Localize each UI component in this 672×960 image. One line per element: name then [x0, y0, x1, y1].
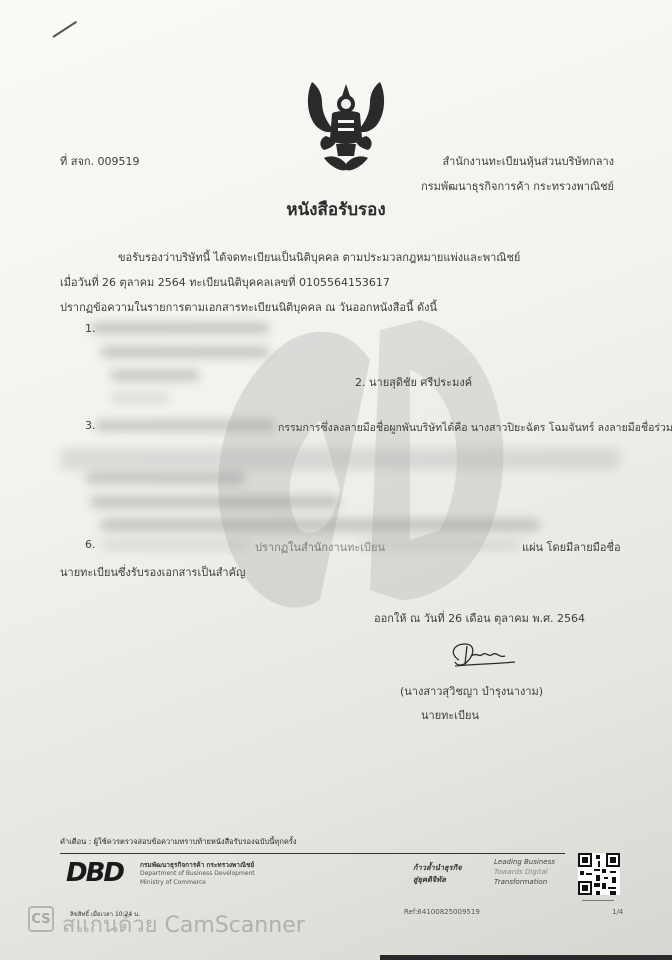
redacted-line [100, 540, 250, 550]
qr-code-icon[interactable] [578, 853, 620, 895]
ministry-en: Ministry of Commerce [140, 879, 206, 886]
department-name: กรมพัฒนาธุรกิจการค้า กระทรวงพาณิชย์ [421, 177, 614, 195]
qr-underline [582, 900, 614, 901]
pen-mark [52, 21, 77, 38]
redacted-line [100, 346, 270, 358]
item-3-marker: 3. [85, 419, 96, 432]
intro-line-2: เมื่อวันที่ 26 ตุลาคม 2564 ทะเบียนนิติบุ… [60, 273, 390, 291]
slogan-en-1: Leading Business [494, 858, 555, 866]
redacted-line [110, 393, 170, 403]
signatory-name: (นางสาวสุวิชญา บำรุงนางาม) [400, 682, 543, 700]
redacted-line [100, 519, 540, 531]
certificate-page: ที่ สจก. 009519 สำนักงานทะเบียนหุ้นส่วนบ… [0, 0, 672, 960]
redacted-block [60, 448, 620, 470]
page-indicator: 1/4 [612, 908, 623, 916]
signatory-title: นายทะเบียน [421, 706, 479, 724]
item-6-marker: 6. [85, 538, 96, 551]
page-bottom-edge [380, 955, 672, 960]
director-2: 2. นายสุดิชัย ศรีประมงค์ [355, 373, 472, 391]
intro-line-1: ขอรับรองว่าบริษัทนี้ ได้จดทะเบียนเป็นนิต… [118, 248, 520, 266]
slogan-en-3: Transformation [494, 878, 547, 886]
slogan-thai-1: ก้าวล้ำนำธุรกิจ [413, 862, 462, 874]
item-3-text: กรรมการซึ่งลงลายมือชื่อผูกพันบริษัทได้คื… [278, 419, 672, 436]
office-name: สำนักงานทะเบียนหุ้นส่วนบริษัทกลาง [442, 152, 614, 170]
slogan-thai-2: สู่ยุคดิจิทัล [413, 874, 446, 886]
redacted-line [95, 420, 275, 431]
redacted-line [85, 472, 245, 484]
redacted-line [360, 540, 520, 550]
reference-number: ที่ สจก. 009519 [60, 152, 140, 170]
dbd-logo: DBD [66, 858, 123, 888]
garuda-emblem-icon [302, 74, 390, 176]
dept-thai: กรมพัฒนาธุรกิจการค้า กระทรวงพาณิชย์ [140, 860, 254, 870]
signature-icon [445, 640, 517, 670]
print-time: ลิขสิทธิ์ เมื่อเวลา 10:24 น. [70, 909, 140, 919]
slogan-en-2: Towards Digital [494, 868, 548, 876]
footer-warning: คำเตือน : ผู้ใช้ควรตรวจสอบข้อความทราบท้า… [60, 836, 297, 848]
camscanner-logo-icon: CS [28, 906, 54, 932]
footer-divider [60, 853, 565, 854]
item-6-end: แผ่น โดยมีลายมือชื่อ [522, 538, 621, 556]
document-title: หนังสือรับรอง [0, 196, 672, 223]
redacted-line [110, 370, 200, 381]
redacted-line [90, 496, 340, 508]
reference-code: Ref:64100825009519 [404, 908, 480, 916]
item-6-continuation: นายทะเบียนซึ่งรับรองเอกสารเป็นสำคัญ [60, 563, 245, 581]
redacted-line [90, 322, 270, 334]
item-1-marker: 1. [85, 322, 96, 335]
dept-en: Department of Business Development [140, 870, 255, 877]
issued-date: ออกให้ ณ วันที่ 26 เดือน ตุลาคม พ.ศ. 256… [374, 609, 585, 627]
